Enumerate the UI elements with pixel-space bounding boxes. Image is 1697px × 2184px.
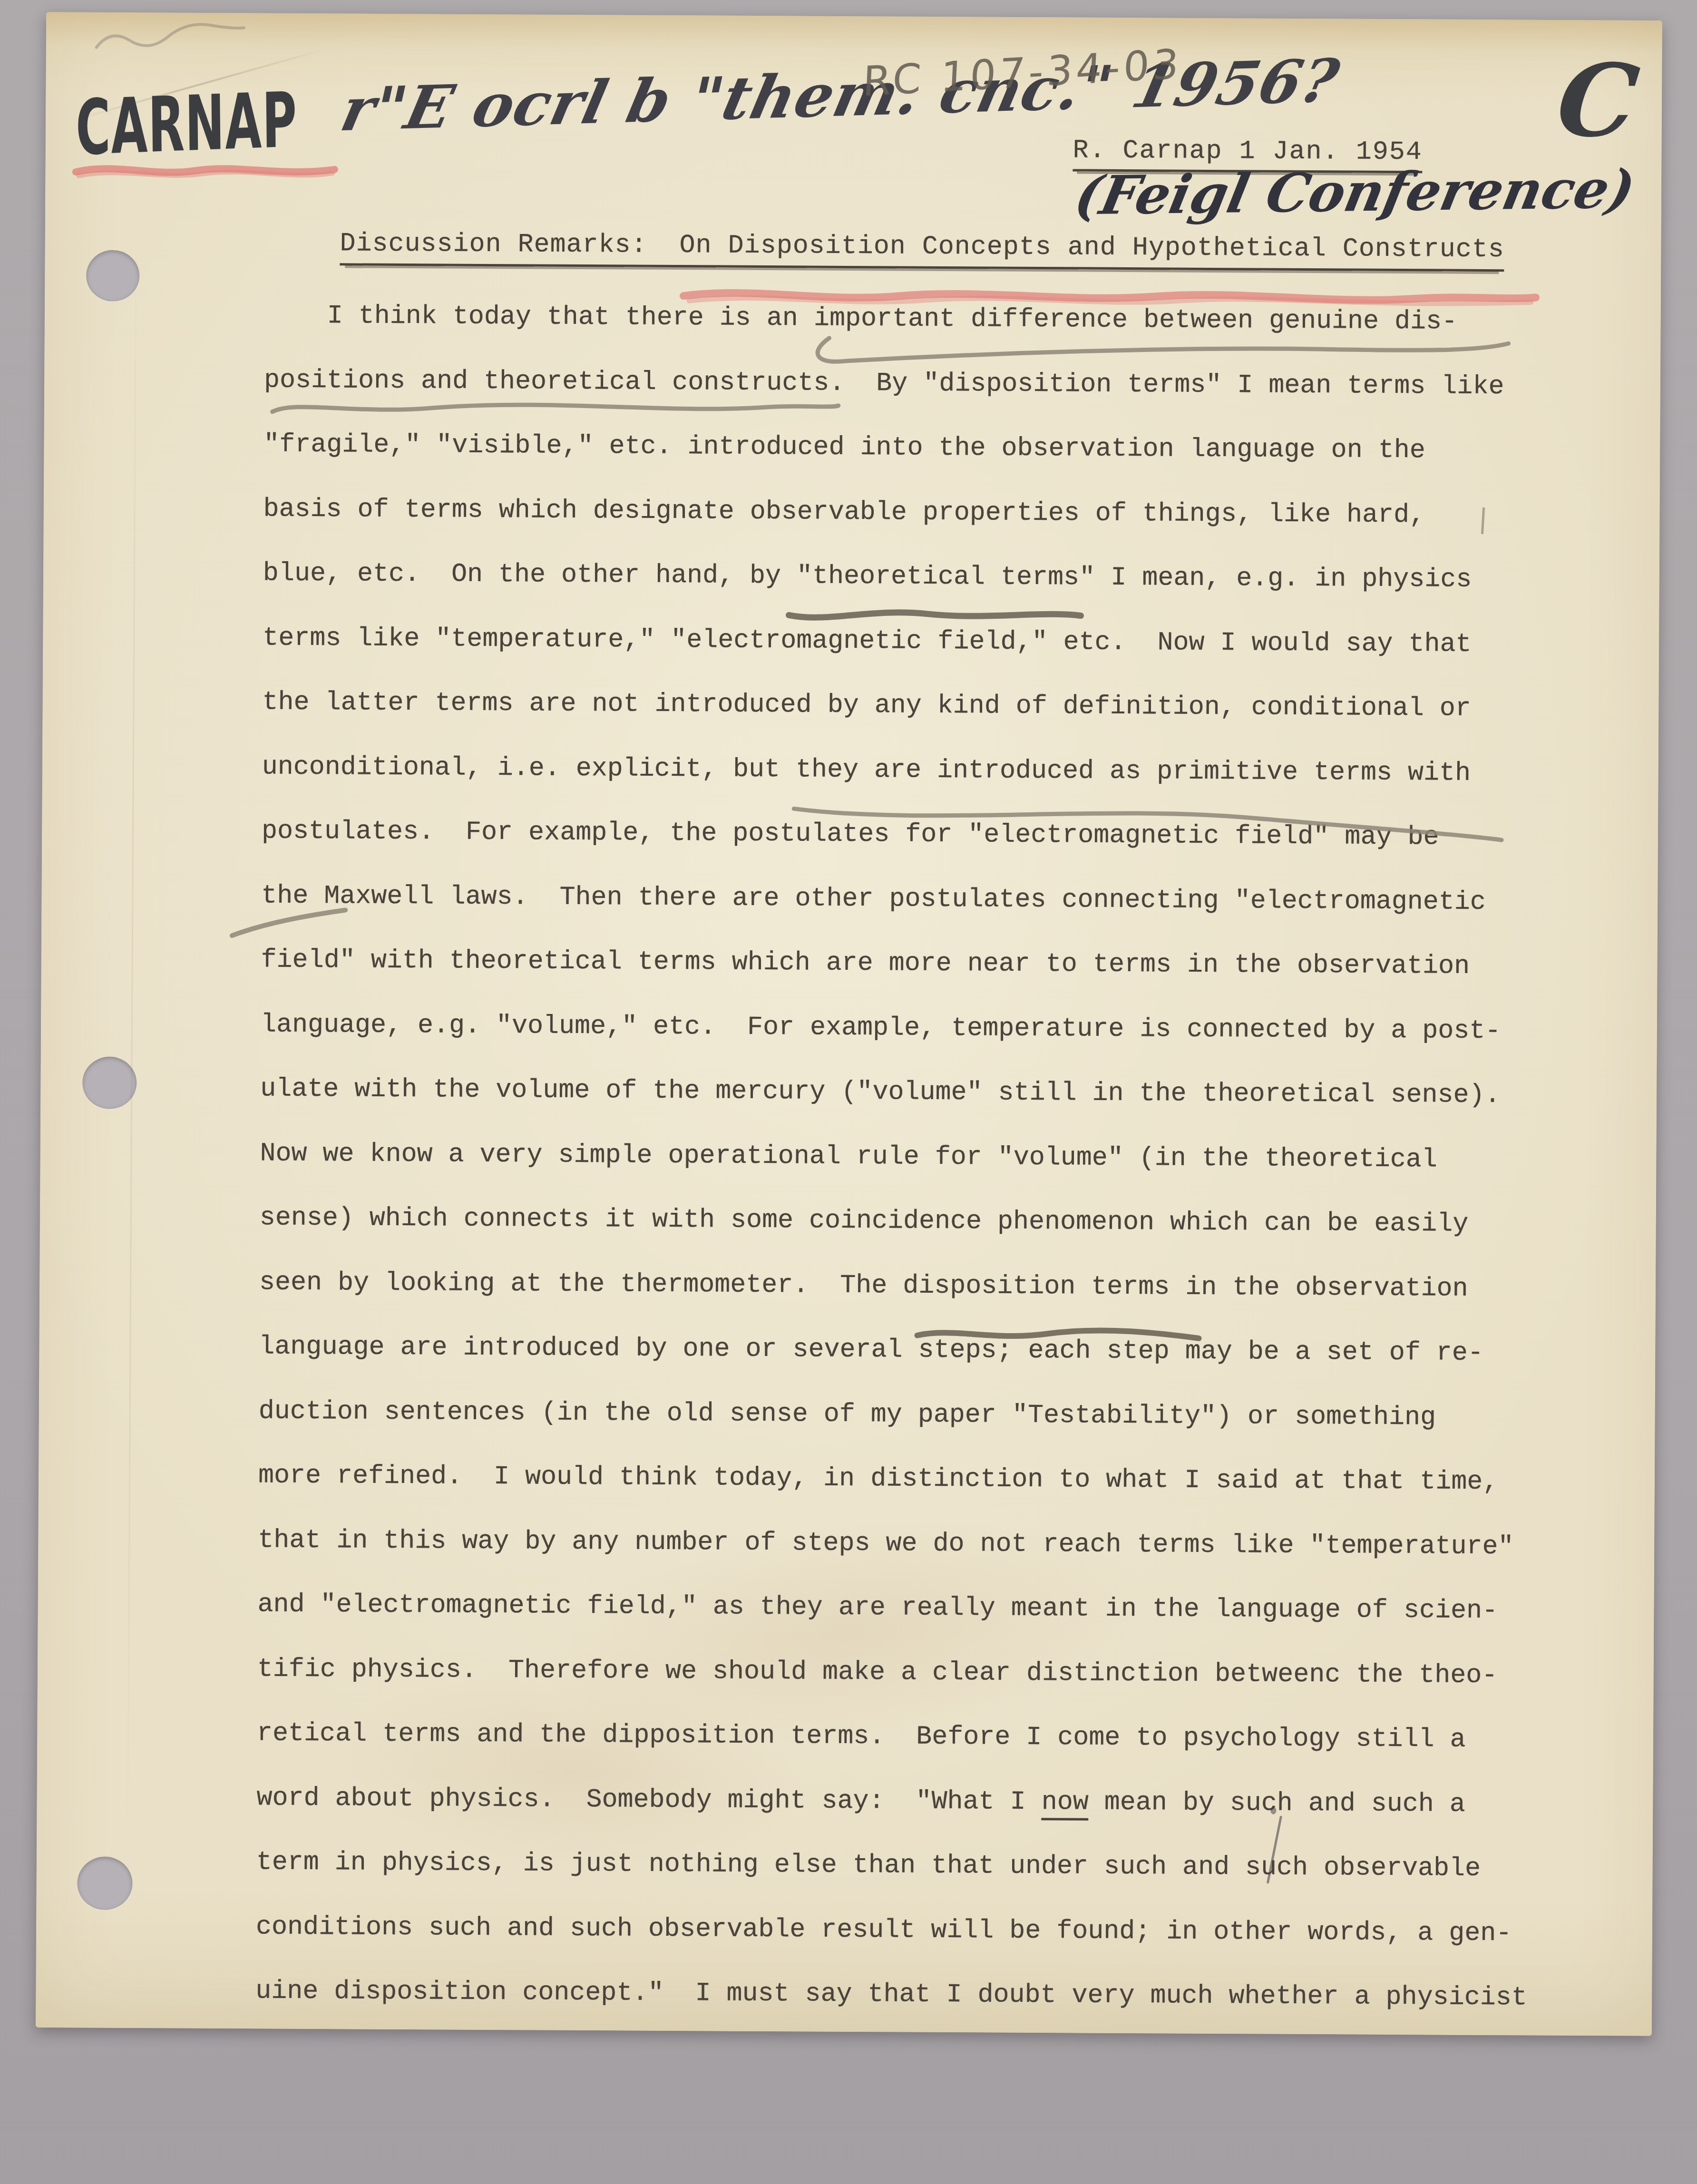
typed-line: the Maxwell laws. Then there are other p… [261,863,1574,935]
pencil-underline-disposition-terms [914,1319,1202,1349]
page-title: Discussion Remarks: On Disposition Conce… [340,228,1504,272]
typed-line: language, e.g. "volume," etc. For exampl… [261,992,1574,1063]
typed-line: word about physics. Somebody might say: … [256,1765,1570,1837]
stray-pen-dot [1270,1807,1276,1814]
owner-name-annotation: CARNAP [75,75,298,172]
typed-line: duction sentences (in the old sense of m… [258,1379,1571,1450]
paper-crease [127,212,137,1877]
typed-body: I think today that there is an important… [255,283,1577,2030]
typed-line: more refined. I would think today, in di… [258,1443,1571,1515]
typed-line: retical terms and the dipposition terms.… [257,1701,1570,1773]
typed-underlined-word: now [1042,1787,1089,1821]
typed-line: uine disposition concept." I must say th… [255,1959,1569,2030]
faint-pencil-scribble [92,19,249,58]
typed-line: term in physics, is just nothing else th… [256,1830,1569,1901]
typed-line: sense) which connects it with some coinc… [259,1186,1572,1257]
typed-line: ulate with the volume of the mercury ("v… [260,1057,1573,1128]
typed-line: that in this way by any number of steps … [258,1508,1571,1579]
red-underline-owner [72,158,338,184]
manuscript-page: CARNAP r"E ocrl b "them. cnc." 1956? RC … [36,12,1662,2036]
punch-hole-top [86,250,140,302]
pencil-underline-difference [800,327,1514,376]
pencil-underline-theoretical-terms [785,600,1084,627]
scan-background: CARNAP r"E ocrl b "them. cnc." 1956? RC … [0,0,1697,2184]
typed-line: tific physics. Therefore we should make … [257,1637,1570,1708]
typed-line: and "electromagnetic field," as they are… [257,1572,1570,1644]
pencil-underline-postulates [229,905,348,941]
typed-line: the latter terms are not introduced by a… [262,670,1575,741]
punch-hole-bottom [77,1857,133,1911]
typed-line: basis of terms which designate observabl… [263,477,1576,548]
typed-line: field" with theoretical terms which are … [261,928,1574,999]
typed-line: unconditional, i.e. explicit, but they a… [262,734,1575,806]
typed-line: seen by looking at the thermometer. The … [259,1250,1572,1321]
conference-note-annotation: (Feigl Conference) [1070,158,1640,227]
pencil-underline-positions [268,390,843,422]
typed-line: conditions such and such observable resu… [256,1894,1569,1966]
typed-line: Now we know a very simple operational ru… [260,1121,1573,1192]
punch-hole-middle [82,1057,137,1110]
typed-line: "fragile," "visible," etc. introduced in… [263,412,1577,484]
shorthand-note-annotation: r"E ocrl b "them. cnc." 1956? [335,46,1345,145]
pencil-underline-primitive-terms [791,798,1504,847]
corner-letter-annotation: C [1552,42,1644,160]
